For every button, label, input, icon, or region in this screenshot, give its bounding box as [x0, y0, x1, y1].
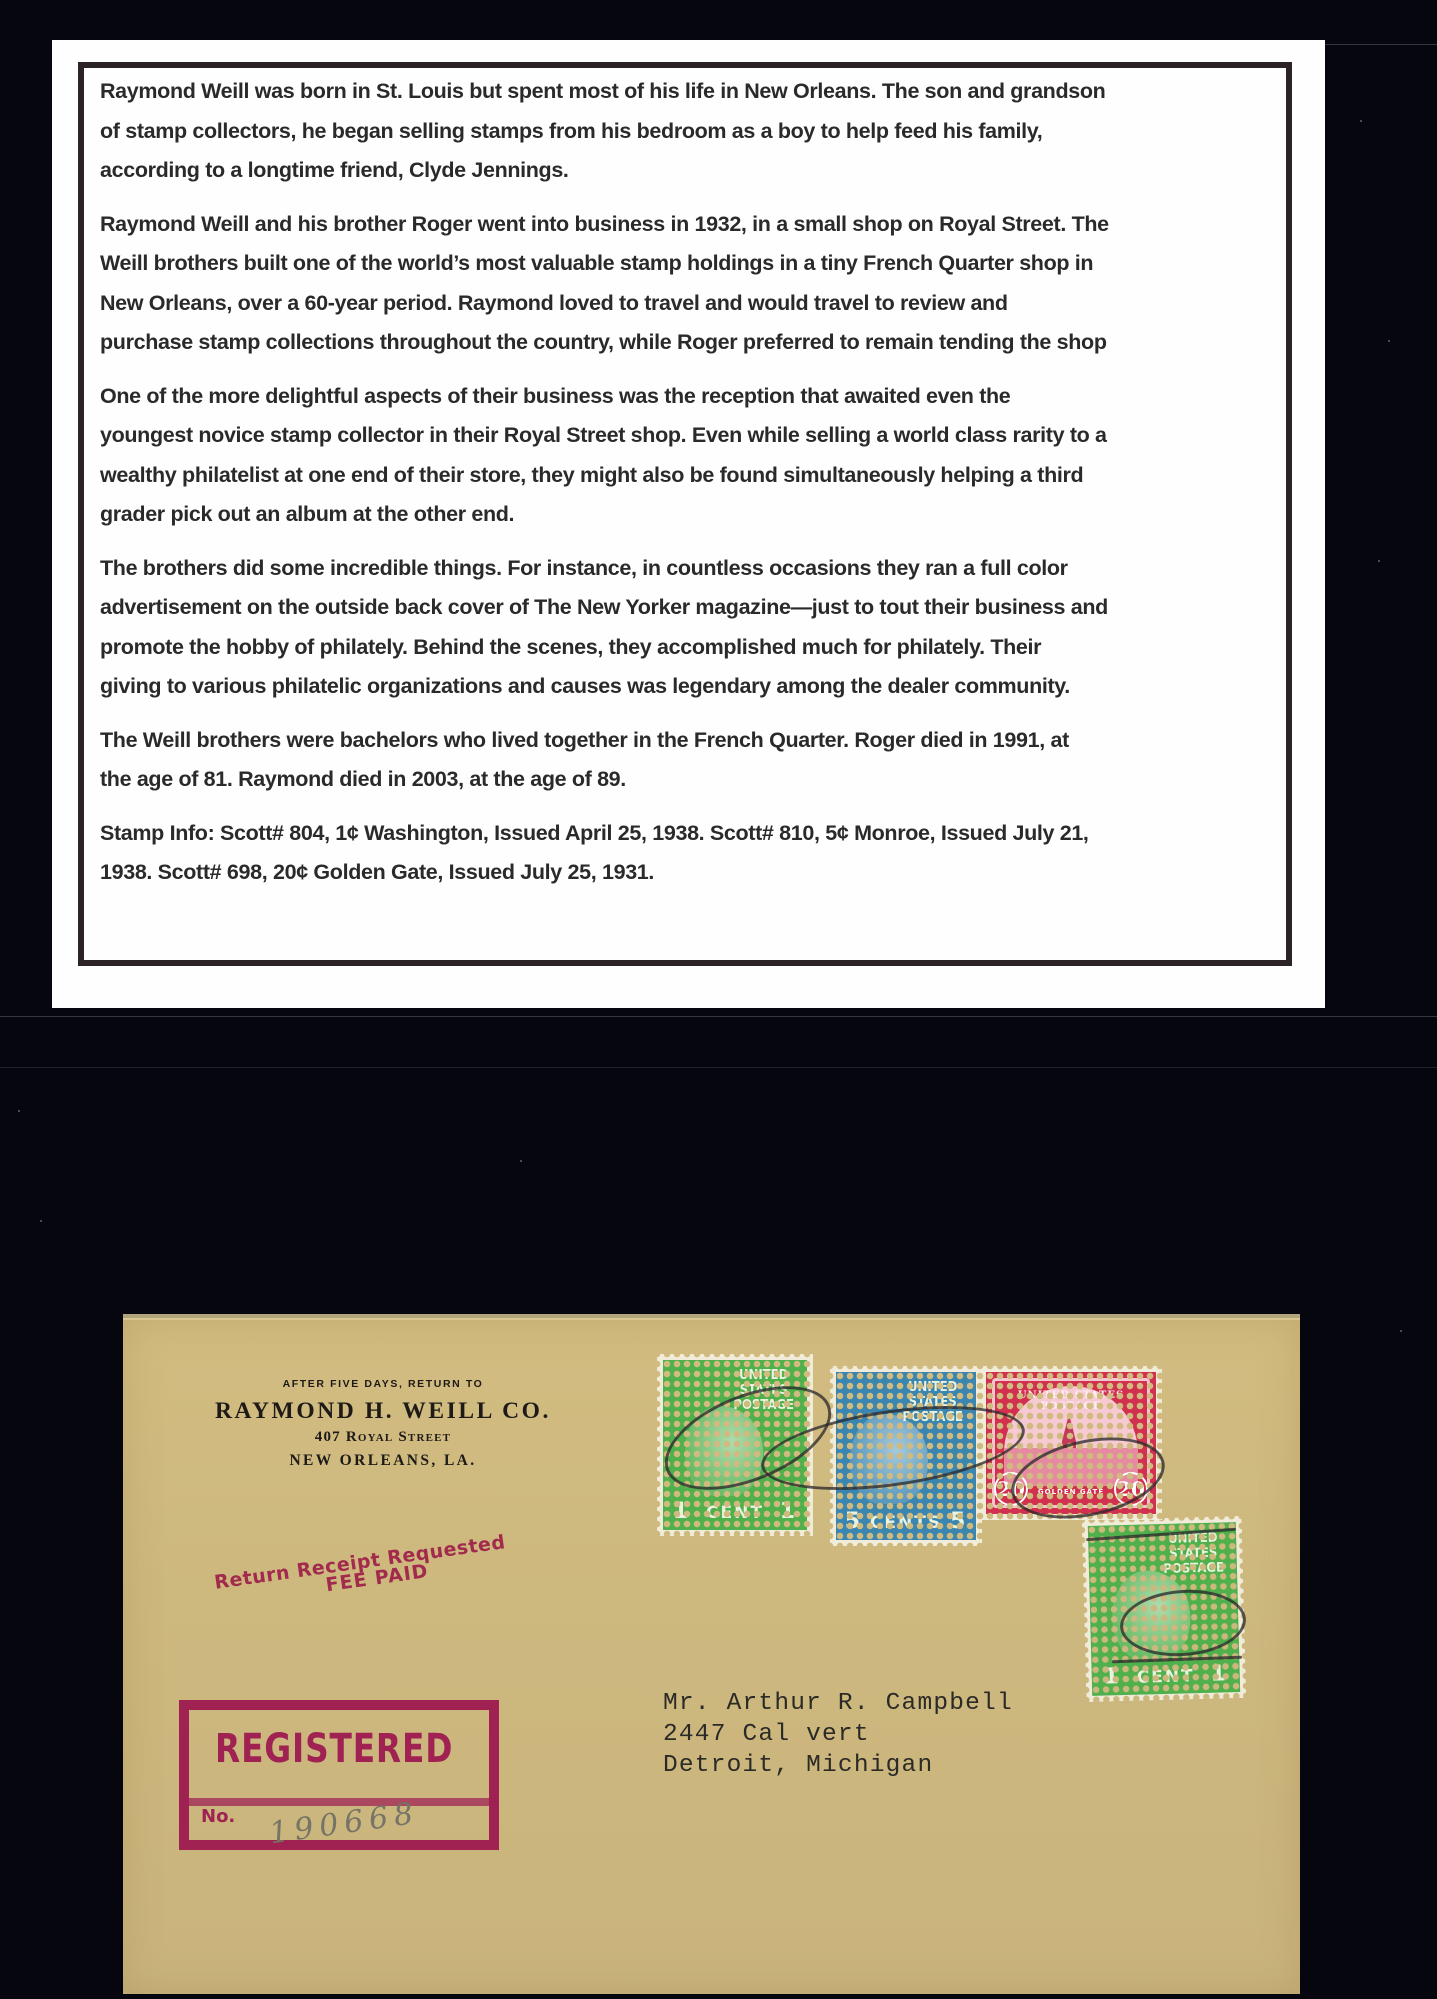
recipient-street: 2447 Cal vert: [663, 1721, 870, 1748]
return-address-street: 407 Royal Street: [193, 1429, 573, 1446]
registered-handstamp: REGISTERED No. 190668: [179, 1700, 499, 1850]
recipient-name: Mr. Arthur R. Campbell: [663, 1690, 1013, 1717]
stamp-country: UNITED STATES POSTAGE: [1162, 1530, 1224, 1577]
stamp-20c-golden-gate: UNITED STATES POSTAGE GOLDEN GATE 20 20: [980, 1366, 1162, 1520]
dust-speck: [1388, 340, 1390, 342]
paragraph-business: Raymond Weill and his brother Roger went…: [100, 205, 1300, 363]
registered-title: REGISTERED: [215, 1726, 453, 1772]
washington-portrait-icon: [1111, 1569, 1191, 1661]
stamp-5c-monroe: UNITED STATES POSTAGE 5 CENTS 5: [830, 1366, 982, 1546]
dust-speck: [40, 1220, 42, 1222]
stamp-denomination: 1 CENT 1: [663, 1499, 807, 1524]
return-address-note: AFTER FIVE DAYS, RETURN TO: [193, 1378, 573, 1390]
recipient-city: Detroit, Michigan: [663, 1752, 933, 1779]
envelope-top-edge: [123, 1314, 1300, 1320]
description-text: Raymond Weill was born in St. Louis but …: [100, 72, 1300, 907]
album-rule-lower: [0, 1067, 1437, 1068]
dust-speck: [1400, 1330, 1402, 1332]
registered-divider: [179, 1798, 499, 1806]
stamp-1c-washington: UNITED STATES POSTAGE 1 CENT 1: [657, 1354, 813, 1536]
paragraph-philanthropy: The brothers did some incredible things.…: [100, 549, 1300, 707]
paragraph-reception: One of the more delightful aspects of th…: [100, 377, 1300, 535]
dust-speck: [18, 1110, 20, 1112]
album-rule-middle: [0, 1016, 1437, 1017]
recipient-address: Mr. Arthur R. Campbell 2447 Cal vert Det…: [663, 1688, 1013, 1781]
description-card: Raymond Weill was born in St. Louis but …: [52, 40, 1325, 1008]
dust-speck: [1360, 120, 1362, 122]
paragraph-biography: Raymond Weill was born in St. Louis but …: [100, 72, 1300, 191]
stamp-denomination: 5 CENTS 5: [836, 1509, 976, 1534]
dust-speck: [520, 1160, 522, 1162]
return-address-city: NEW ORLEANS, LA.: [193, 1452, 573, 1470]
stamp-denomination-left: 20: [994, 1472, 1028, 1506]
washington-portrait-icon: [685, 1406, 763, 1496]
dust-speck: [1378, 560, 1380, 562]
return-receipt-handstamp: Return Receipt Requested FEE PAID: [213, 1531, 509, 1611]
paragraph-later-life: The Weill brothers were bachelors who li…: [100, 721, 1300, 800]
stamp-denomination: 1 CENT 1: [1091, 1661, 1240, 1690]
return-address: AFTER FIVE DAYS, RETURN TO RAYMOND H. WE…: [193, 1378, 573, 1470]
stamp-country: UNITED STATES POSTAGE: [902, 1380, 963, 1425]
stamp-country: UNITED STATES POSTAGE: [986, 1390, 1156, 1412]
monroe-portrait-icon: [850, 1414, 928, 1504]
stamp-1c-washington-second: UNITED STATES POSTAGE 1 CENT 1: [1082, 1516, 1247, 1702]
paragraph-stamp-info: Stamp Info: Scott# 804, 1¢ Washington, I…: [100, 814, 1300, 893]
return-address-name: RAYMOND H. WEILL CO.: [193, 1398, 573, 1425]
stamp-country: UNITED STATES POSTAGE: [733, 1368, 794, 1413]
stamp-denomination-right: 20: [1114, 1472, 1148, 1506]
stamp-subject: GOLDEN GATE: [1030, 1488, 1112, 1496]
registered-number-label: No.: [201, 1806, 235, 1827]
album-rule-top: [1325, 44, 1437, 45]
